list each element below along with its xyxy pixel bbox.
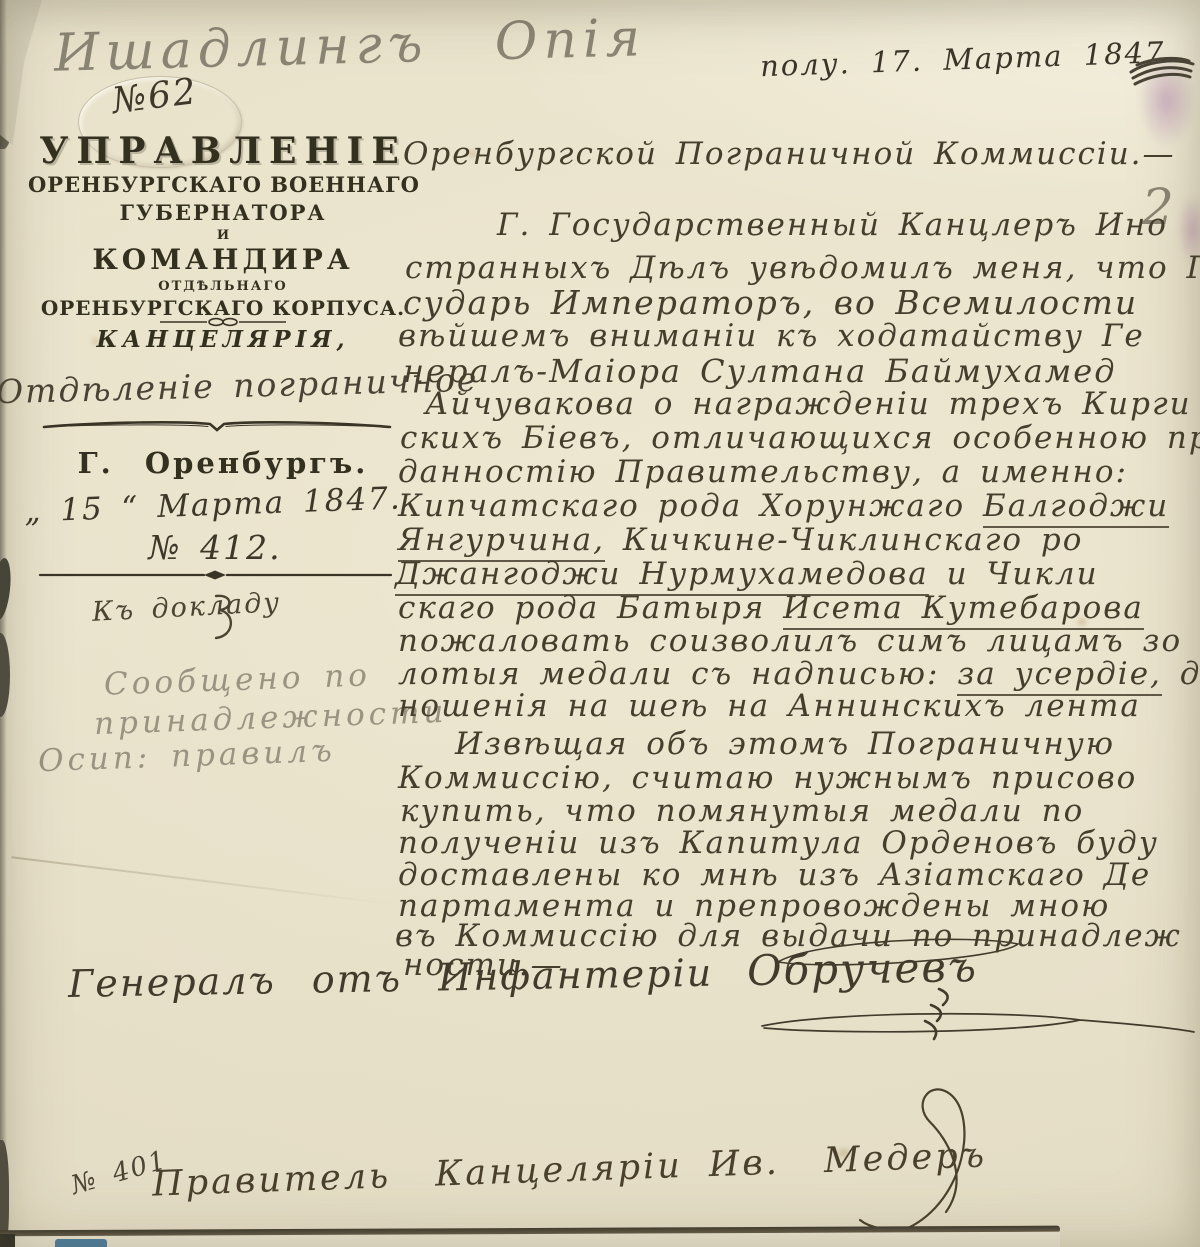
text-segment: странныхъ Дѣлъ увѣдомилъ меня, что Го (405, 250, 1200, 286)
text-segment: данностію Правительству, а именно: (398, 454, 1128, 490)
strikethrough-scribble (1126, 48, 1198, 92)
text-segment: для (1162, 656, 1200, 692)
text-segment: и Чикли (929, 556, 1099, 592)
left-edge-shadow (0, 0, 7, 1247)
body-line: скихъ Біевъ, отличающихся особенною пре (400, 420, 1200, 456)
body-line: купить, что помянутыя медали по (400, 793, 1084, 829)
body-line: Извѣщая объ этомъ Пограничную (455, 726, 1115, 762)
text-segment: лотыя медали съ надписью: (398, 656, 957, 692)
text-segment: Айчувакова о награжденіи трехъ Кирги (425, 386, 1192, 422)
letterhead-line: ОРЕНБУРГСКАГО ВОЕННАГО (28, 172, 418, 197)
letterhead-divider-swelled (42, 418, 392, 434)
body-line: скаго рода Батыря Исета Кутебарова (398, 590, 1144, 626)
letterhead-line: ОТДѢЛЬНАГО (28, 279, 418, 294)
signature-flourish-bottom (758, 1008, 1198, 1044)
letterhead-line: И (28, 228, 418, 243)
paper-crease (11, 856, 398, 906)
text-segment: купить, что помянутыя медали по (400, 793, 1084, 829)
body-line: лотыя медали съ надписью: за усердіе, дл… (398, 656, 1200, 692)
text-segment: скаго рода Батыря (398, 590, 783, 626)
margin-pencil-note-line: Осип: правилъ (37, 733, 336, 779)
chief-signature-flourish (850, 1082, 990, 1232)
body-line: странныхъ Дѣлъ увѣдомилъ меня, что Го (405, 250, 1200, 286)
text-segment: Кипчатскаго рода Хорунжаго (398, 488, 983, 524)
letterhead-divider-diamond (38, 568, 393, 582)
body-line: Коммиссію, считаю нужнымъ присово (398, 760, 1137, 796)
body-line: ношенія на шеѣ на Аннинскихъ лента (398, 688, 1141, 724)
body-line: полученіи изъ Капитула Орденовъ буду (398, 825, 1159, 861)
letterhead-title: УПРАВЛЕНІЕ (28, 130, 418, 172)
text-segment: пожаловать соизволилъ симъ лицамъ зо (398, 623, 1182, 659)
body-line: пожаловать соизволилъ симъ лицамъ зо (398, 623, 1182, 659)
pencil-inscription: Ишадлингъ Опія (53, 8, 646, 83)
body-line: Янгурчина, Кичкине-Чиклинскаго ро (398, 522, 1083, 558)
body-line: данностію Правительству, а именно: (398, 454, 1128, 490)
signature-flourish-top (772, 932, 1024, 972)
text-segment: вѣйшемъ вниманіи къ ходатайству Ге (398, 318, 1145, 354)
received-date-note: полу. 17. Марта 1847. (760, 35, 1178, 84)
body-line: Кипчатскаго рода Хорунжаго Балгоджи (398, 488, 1169, 524)
text-segment: ношенія на шеѣ на Аннинскихъ лента (398, 688, 1141, 724)
body-line: Айчувакова о награжденіи трехъ Кирги (425, 386, 1192, 422)
body-line: Г. Государственный Канцлеръ Ино (497, 207, 1168, 243)
document-page: Ишадлингъ Опія №62 полу. 17. Марта 1847.… (0, 0, 1200, 1247)
margin-pencil-note-line: Сообщено по (103, 657, 371, 702)
number-line: № 412. (20, 528, 410, 567)
body-line: нералъ-Маіора Султана Баймухамед (403, 352, 1117, 390)
body-line: Джангоджи Нурмухамедова и Чикли (395, 556, 1099, 592)
text-segment: скихъ Біевъ, отличающихся особенною пре (400, 420, 1200, 456)
left-edge-blob (0, 633, 10, 717)
text-segment: Кичкине-Чиклинскаго ро (605, 522, 1083, 558)
letterhead-line: КОМАНДИРА (28, 243, 418, 276)
text-segment: нералъ-Маіора Султана Баймухамед (403, 352, 1117, 390)
text-segment: Коммиссію, считаю нужнымъ присово (398, 760, 1137, 796)
body-addressee: Оренбургской Пограничной Коммиссіи.— (403, 136, 1176, 172)
margin-note-to-report: Къ докладу (91, 587, 281, 628)
blue-fragment (55, 1239, 107, 1247)
text-segment: сударь Императоръ, во Всемилости (403, 283, 1138, 322)
body-line: сударь Императоръ, во Всемилости (403, 283, 1138, 322)
general-signature-rank: Генералъ отъ Инфантеріи (68, 951, 714, 1006)
chief-signature-title: Правитель Канцеляріи (152, 1146, 684, 1205)
text-segment: Г. Государственный Канцлеръ Ино (497, 207, 1168, 243)
letterhead-office: КАНЦЕЛЯРІЯ, (28, 326, 418, 353)
text-segment: полученіи изъ Капитула Орденовъ буду (398, 825, 1159, 861)
letterhead-line: ГУБЕРНАТОРА (28, 200, 418, 225)
city-line: Г. Оренбургъ. (28, 446, 418, 480)
body-line: вѣйшемъ вниманіи къ ходатайству Ге (398, 318, 1145, 354)
text-segment: Оренбургской Пограничной Коммиссіи.— (403, 136, 1176, 172)
date-line: „ 15 “ Марта 1847. (17, 480, 408, 530)
text-segment: Извѣщая объ этомъ Пограничную (455, 726, 1115, 762)
bottom-left-dark-corner (0, 1234, 15, 1247)
margin-note-flourish (212, 592, 238, 644)
